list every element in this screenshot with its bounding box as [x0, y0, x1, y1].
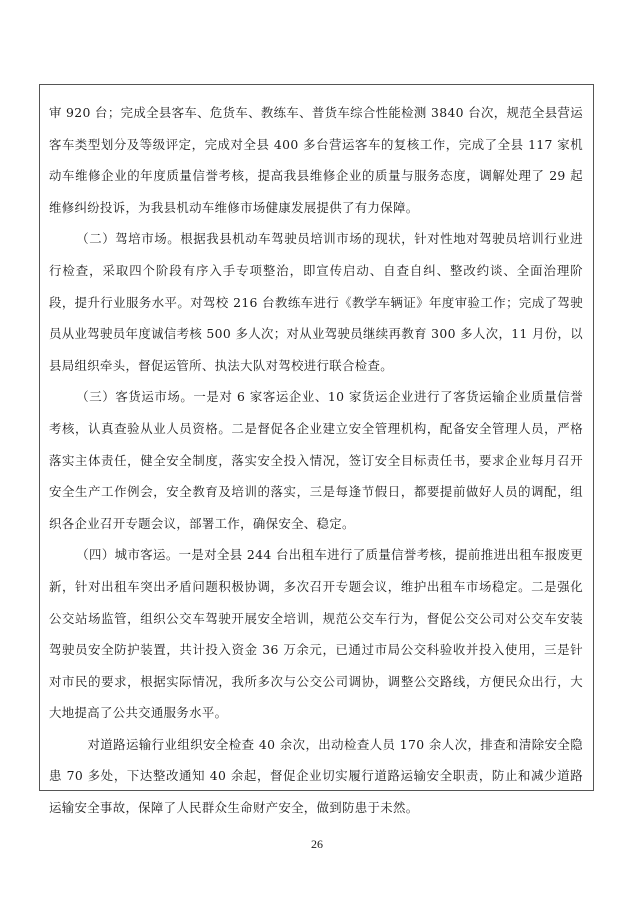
page-number: 26	[0, 837, 634, 852]
paragraph-urban-passenger-transport: （四）城市客运。一是对全县 244 台出租车进行了质量信誉考核，提前推进出租车报…	[49, 539, 583, 729]
bordered-content-box: 审 920 台；完成全县客车、危货车、教练车、普货车综合性能检测 3840 台次…	[39, 84, 594, 791]
paragraph-continuation: 审 920 台；完成全县客车、危货车、教练车、普货车综合性能检测 3840 台次…	[49, 97, 583, 223]
paragraph-driver-training-market: （二）驾培市场。根据我县机动车驾驶员培训市场的现状，针对性地对驾驶员培训行业进行…	[49, 223, 583, 381]
paragraph-passenger-freight-market: （三）客货运市场。一是对 6 家客运企业、10 家货运企业进行了客货运输企业质量…	[49, 381, 583, 539]
paragraph-safety-inspection: 对道路运输行业组织安全检查 40 余次，出动检查人员 170 余人次，排查和清除…	[49, 729, 583, 824]
